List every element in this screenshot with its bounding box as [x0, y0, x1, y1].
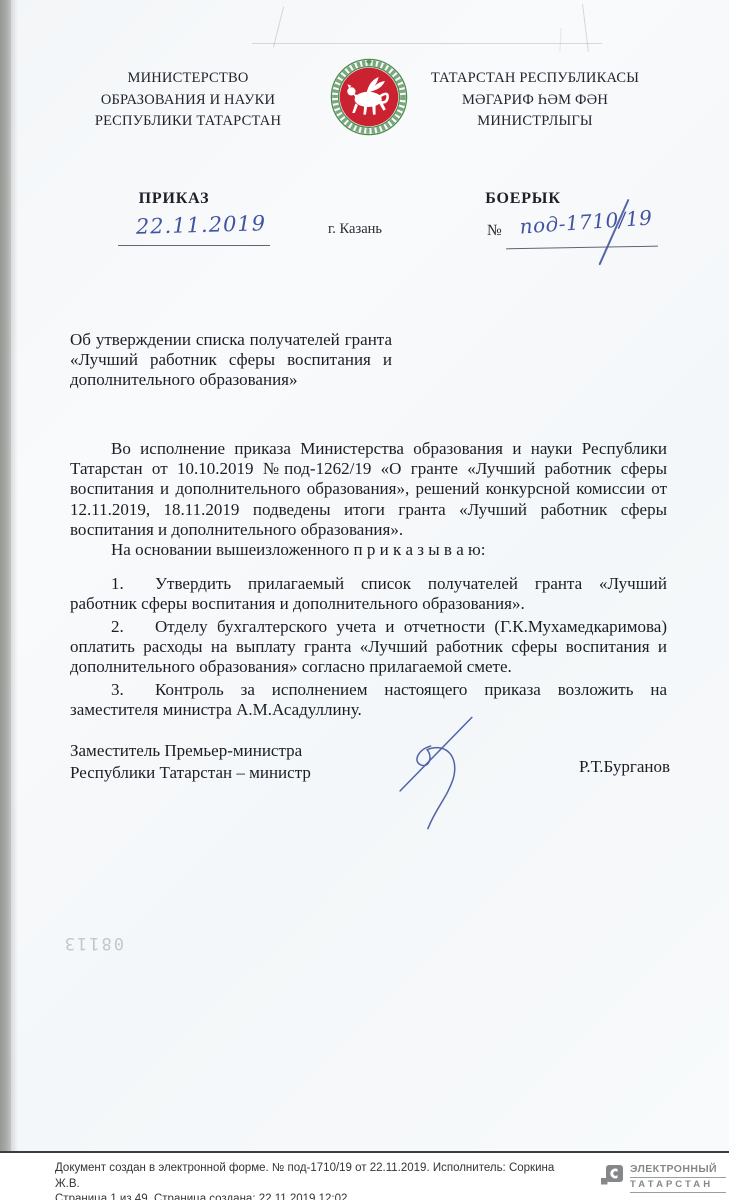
item-text: Отделу бухгалтерского учета и отчетности…	[70, 617, 667, 676]
electronic-tatarstan-logo-text: ЭЛЕКТРОННЫЙ ТАТАРСТАН	[630, 1163, 726, 1193]
order-title-tatar: БОЕРЫК	[433, 190, 613, 208]
order-title-russian: ПРИКАЗ	[84, 190, 264, 208]
ordered-items-list: 1.Утвердить прилагаемый список получател…	[70, 574, 667, 723]
order-subject: Об утверждении списка получателей гранта…	[70, 330, 392, 391]
footer-separator-line	[0, 1151, 729, 1153]
item-text: Утвердить прилагаемый список получателей…	[70, 574, 667, 613]
item-number: 2.	[111, 617, 155, 637]
footer-line-1: Документ создан в электронной форме. № п…	[55, 1161, 555, 1192]
logo-text-line-1: ЭЛЕКТРОННЫЙ	[630, 1163, 726, 1178]
handwritten-date: 22.11.2019	[126, 211, 277, 239]
date-underline	[118, 245, 270, 246]
body-paragraph-2: На основании вышеизложенного п р и к а з…	[70, 540, 667, 560]
scanned-document-page: МИНИСТЕРСТВО ОБРАЗОВАНИЯ И НАУКИ РЕСПУБЛ…	[0, 0, 729, 1200]
pencil-mark-artifact	[252, 43, 602, 44]
logo-text-line-2: ТАТАРСТАН	[630, 1178, 726, 1193]
item-number: 1.	[111, 574, 155, 594]
scan-edge-shadow-soft	[11, 0, 18, 1153]
tatarstan-emblem-icon	[329, 57, 409, 137]
ministry-name-tatar: ТАТАРСТАН РЕСПУБЛИКАСЫ МӘГАРИФ ҺӘМ ФӘН М…	[406, 68, 664, 133]
scan-edge-shadow	[0, 0, 11, 1153]
signatory-name: Р.Т.Бурганов	[550, 757, 670, 777]
handwritten-signature	[388, 712, 484, 842]
faint-stamp-number: 08113	[38, 933, 124, 953]
city-label: г. Казань	[300, 221, 410, 238]
item-text: Контроль за исполнением настоящего прика…	[70, 680, 667, 719]
number-sign: №	[487, 222, 502, 240]
footer-metadata: Документ создан в электронной форме. № п…	[55, 1161, 555, 1200]
electronic-tatarstan-logo-icon	[601, 1165, 625, 1189]
list-item: 2.Отделу бухгалтерского учета и отчетнос…	[70, 617, 667, 678]
footer-line-2: Страница 1 из 49. Страница создана: 22.1…	[55, 1192, 555, 1200]
list-item: 3.Контроль за исполнением настоящего при…	[70, 680, 667, 720]
body-paragraph-1: Во исполнение приказа Министерства образ…	[70, 439, 667, 540]
list-item: 1.Утвердить прилагаемый список получател…	[70, 574, 667, 614]
item-number: 3.	[111, 680, 155, 700]
signatory-position: Заместитель Премьер-министра Республики …	[70, 740, 390, 783]
ministry-name-russian: МИНИСТЕРСТВО ОБРАЗОВАНИЯ И НАУКИ РЕСПУБЛ…	[62, 68, 314, 133]
